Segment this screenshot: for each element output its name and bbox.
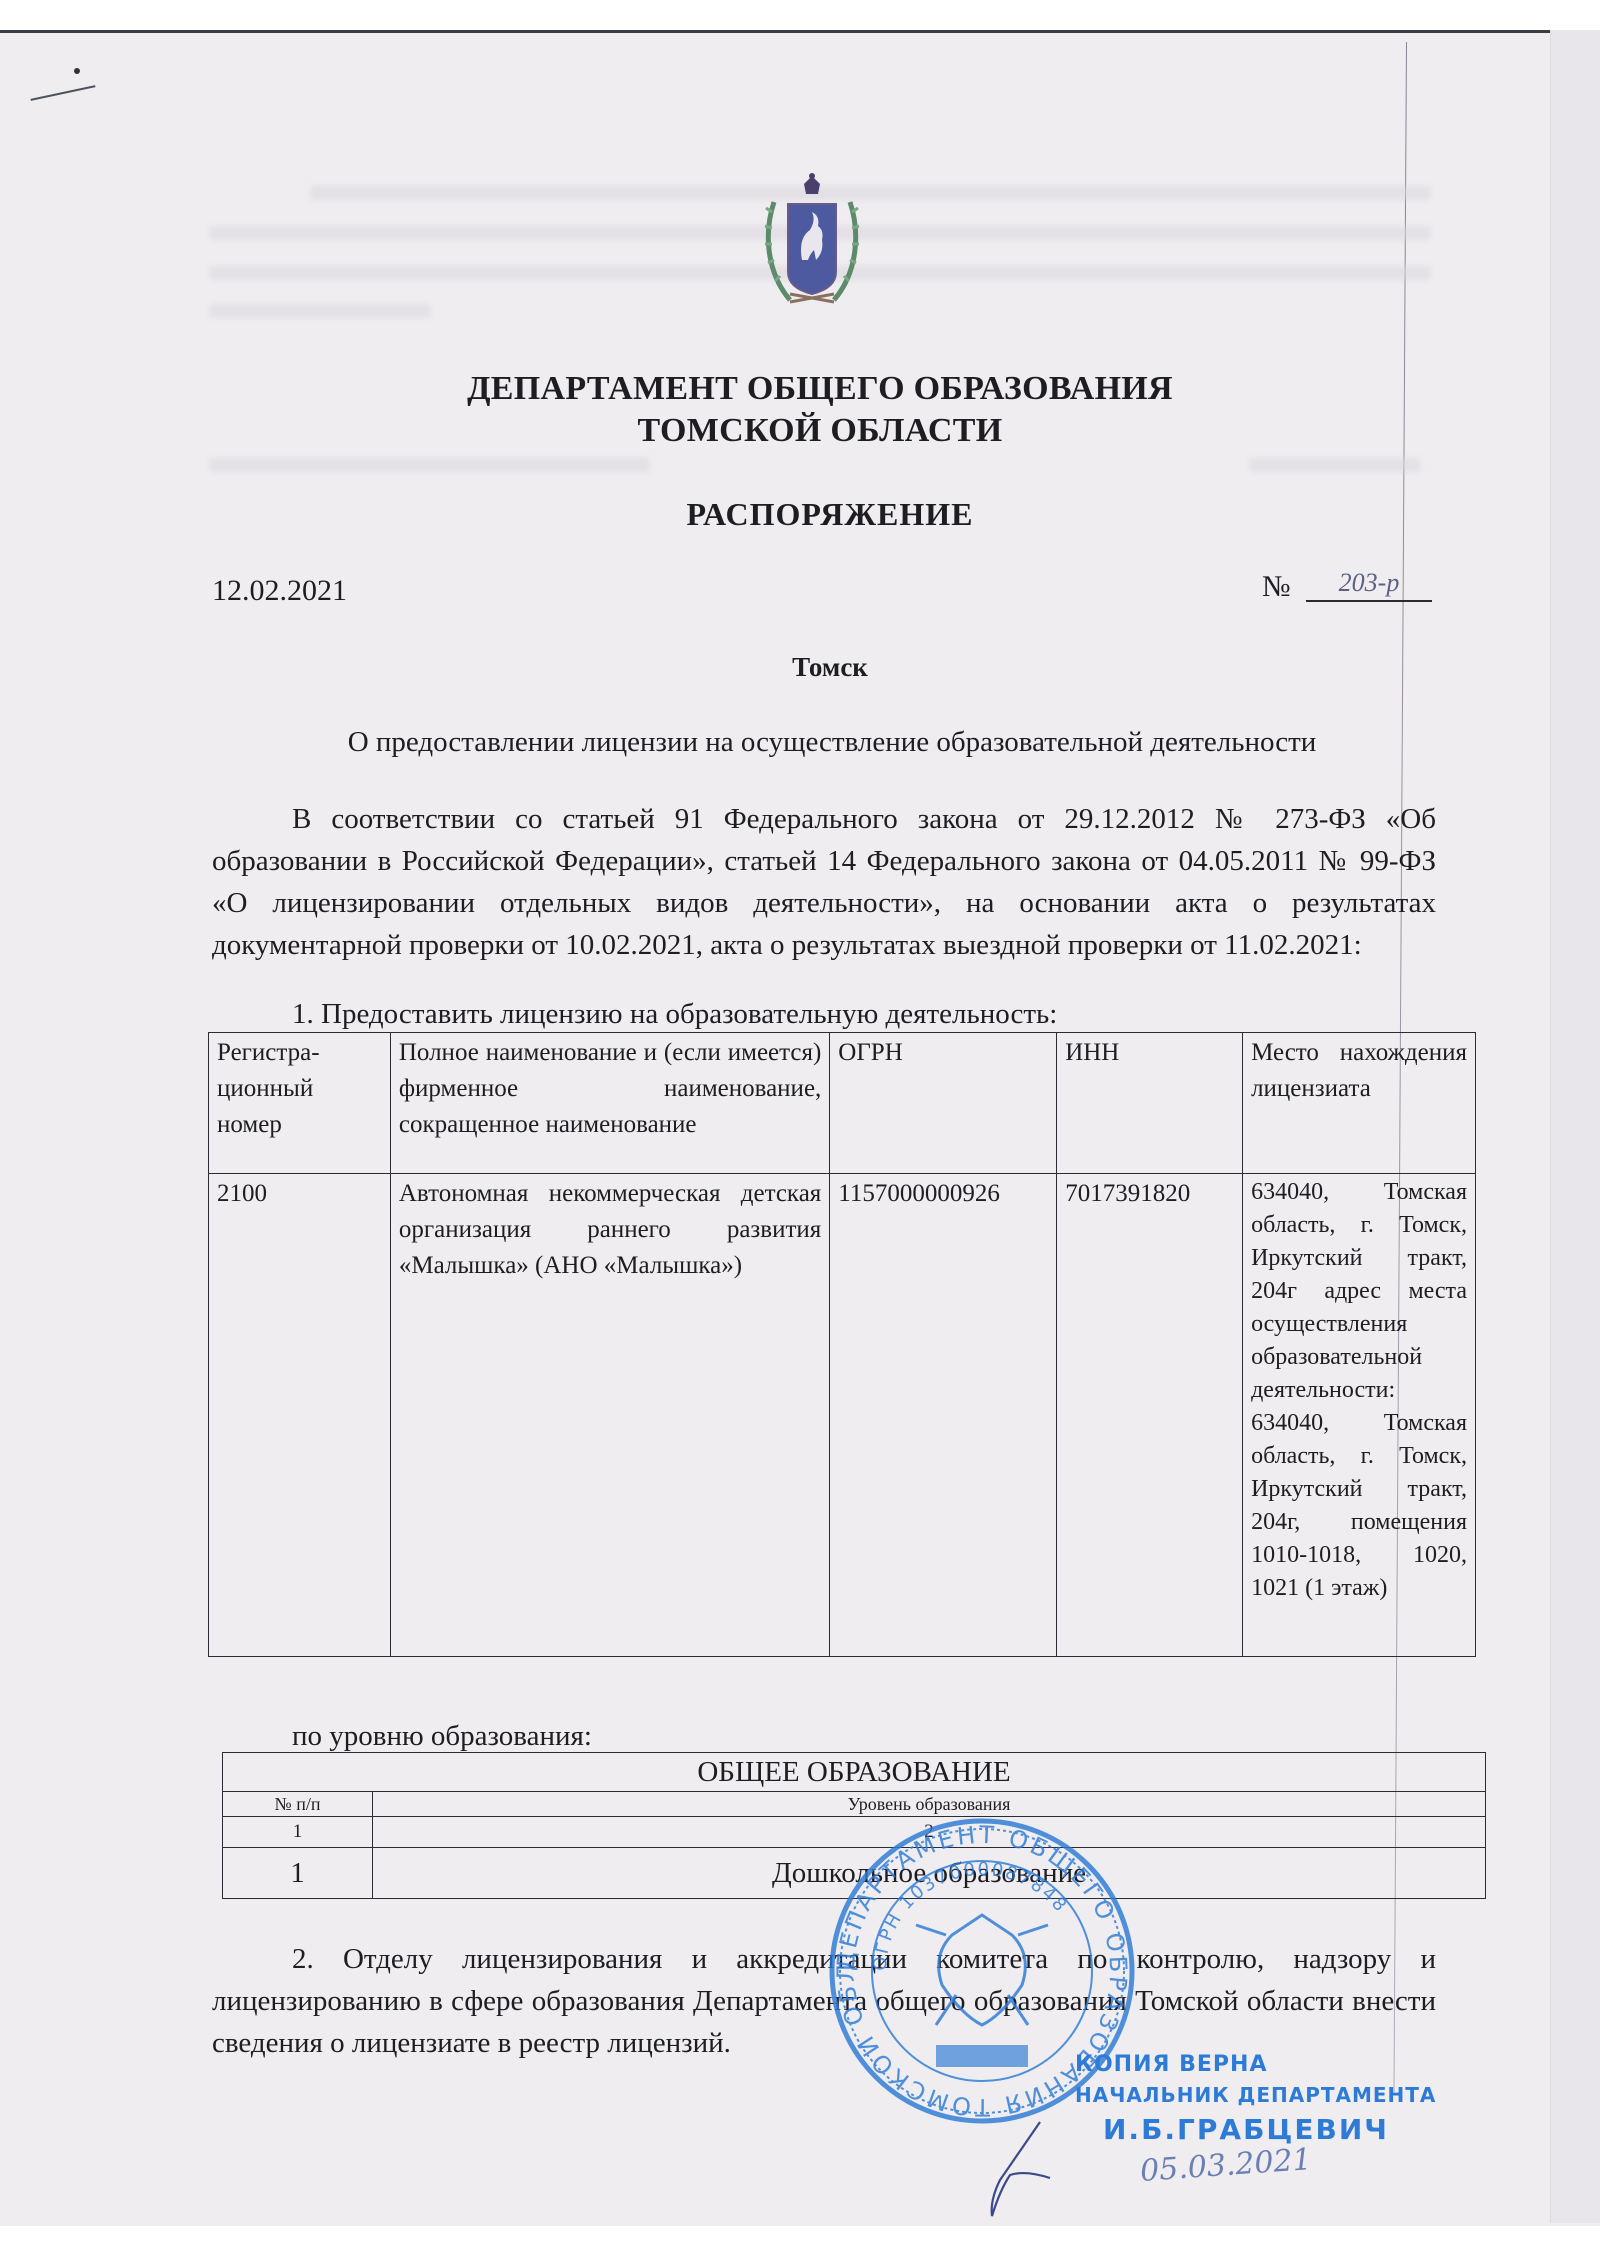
handwritten-signature-icon [970,2120,1060,2220]
header-ogrn: ОГРН [830,1033,1057,1174]
cell-ogrn: 1157000000926 [830,1174,1057,1657]
department-header: ДЕПАРТАМЕНТ ОБЩЕГО ОБРАЗОВАНИЯ ТОМСКОЙ О… [0,368,1600,452]
tomsk-coat-of-arms-icon [760,172,864,322]
header-location: Место нахож­дения лицензи­ата [1243,1033,1476,1174]
col-header-number: № п/п [223,1792,373,1817]
header-inn: ИНН [1057,1033,1243,1174]
certified-copy-signer: И.Б.ГРАБЦЕВИЧ [1103,2113,1436,2146]
license-table-header: Регистра­ционный номер Полное наименован… [209,1033,1476,1174]
education-level-table: ОБЩЕЕ ОБРАЗОВАНИЕ № п/п Уровень образова… [222,1752,1486,1899]
header-reg-number: Регистра­ционный номер [209,1033,391,1174]
bleed-through-line [310,186,1430,200]
document-type: РАСПОРЯЖЕНИЕ [0,496,1600,533]
certified-copy-stamp: КОПИЯ ВЕРНА НАЧАЛЬНИК ДЕПАРТАМЕНТА И.Б.Г… [1075,2052,1436,2146]
table-row: 1 Дошкольное образование [223,1848,1486,1899]
header-full-name: Полное наименование и (если имеется) фир… [390,1033,829,1174]
cell-inn: 7017391820 [1057,1174,1243,1657]
document-subject: О предоставлении лицензии на осуществлен… [212,726,1452,759]
col-header-level: Уровень образования [373,1792,1486,1817]
department-line2: ТОМСКОЙ ОБЛАСТИ [0,410,1600,452]
preamble-paragraph: В соответствии со статьей 91 Федеральног… [212,798,1436,966]
level-table-title: ОБЩЕЕ ОБРАЗОВАНИЕ [223,1753,1486,1792]
cell-location: 634040, Томская область, г. Томск, Иркут… [1243,1174,1476,1657]
city: Томск [0,652,1600,683]
document-date: 12.02.2021 [212,574,347,608]
page-fold-edge [1550,30,1600,2223]
bleed-through-line [210,458,650,472]
certified-copy-line1: КОПИЯ ВЕРНА [1075,2052,1436,2077]
col-number-2: 2 [373,1817,1486,1848]
item-2-paragraph: 2. Отделу лицензирования и аккредитации … [212,1938,1436,2064]
cell-reg-number: 2100 [209,1174,391,1657]
item-1-text: 1. Предоставить лицензию на образователь… [292,998,1057,1031]
cell-full-name: Автономная некоммерческая детская органи… [390,1174,829,1657]
col-number-1: 1 [223,1817,373,1848]
document-number: 203-р [1306,568,1432,602]
table-row: 2100 Автономная некоммерческая детская о… [209,1174,1476,1657]
education-level-label: по уровню образования: [292,1720,592,1753]
scan-speck [74,68,80,74]
number-label: № [1262,570,1291,604]
certified-copy-line2: НАЧАЛЬНИК ДЕПАРТАМЕНТА [1075,2083,1436,2107]
bleed-through-line [1250,458,1420,472]
level-row-number: 1 [223,1848,373,1899]
level-row-name: Дошкольное образование [373,1848,1486,1899]
department-line1: ДЕПАРТАМЕНТ ОБЩЕГО ОБРАЗОВАНИЯ [0,368,1600,410]
bleed-through-line [210,304,430,318]
license-table: Регистра­ционный номер Полное наименован… [208,1032,1476,1657]
